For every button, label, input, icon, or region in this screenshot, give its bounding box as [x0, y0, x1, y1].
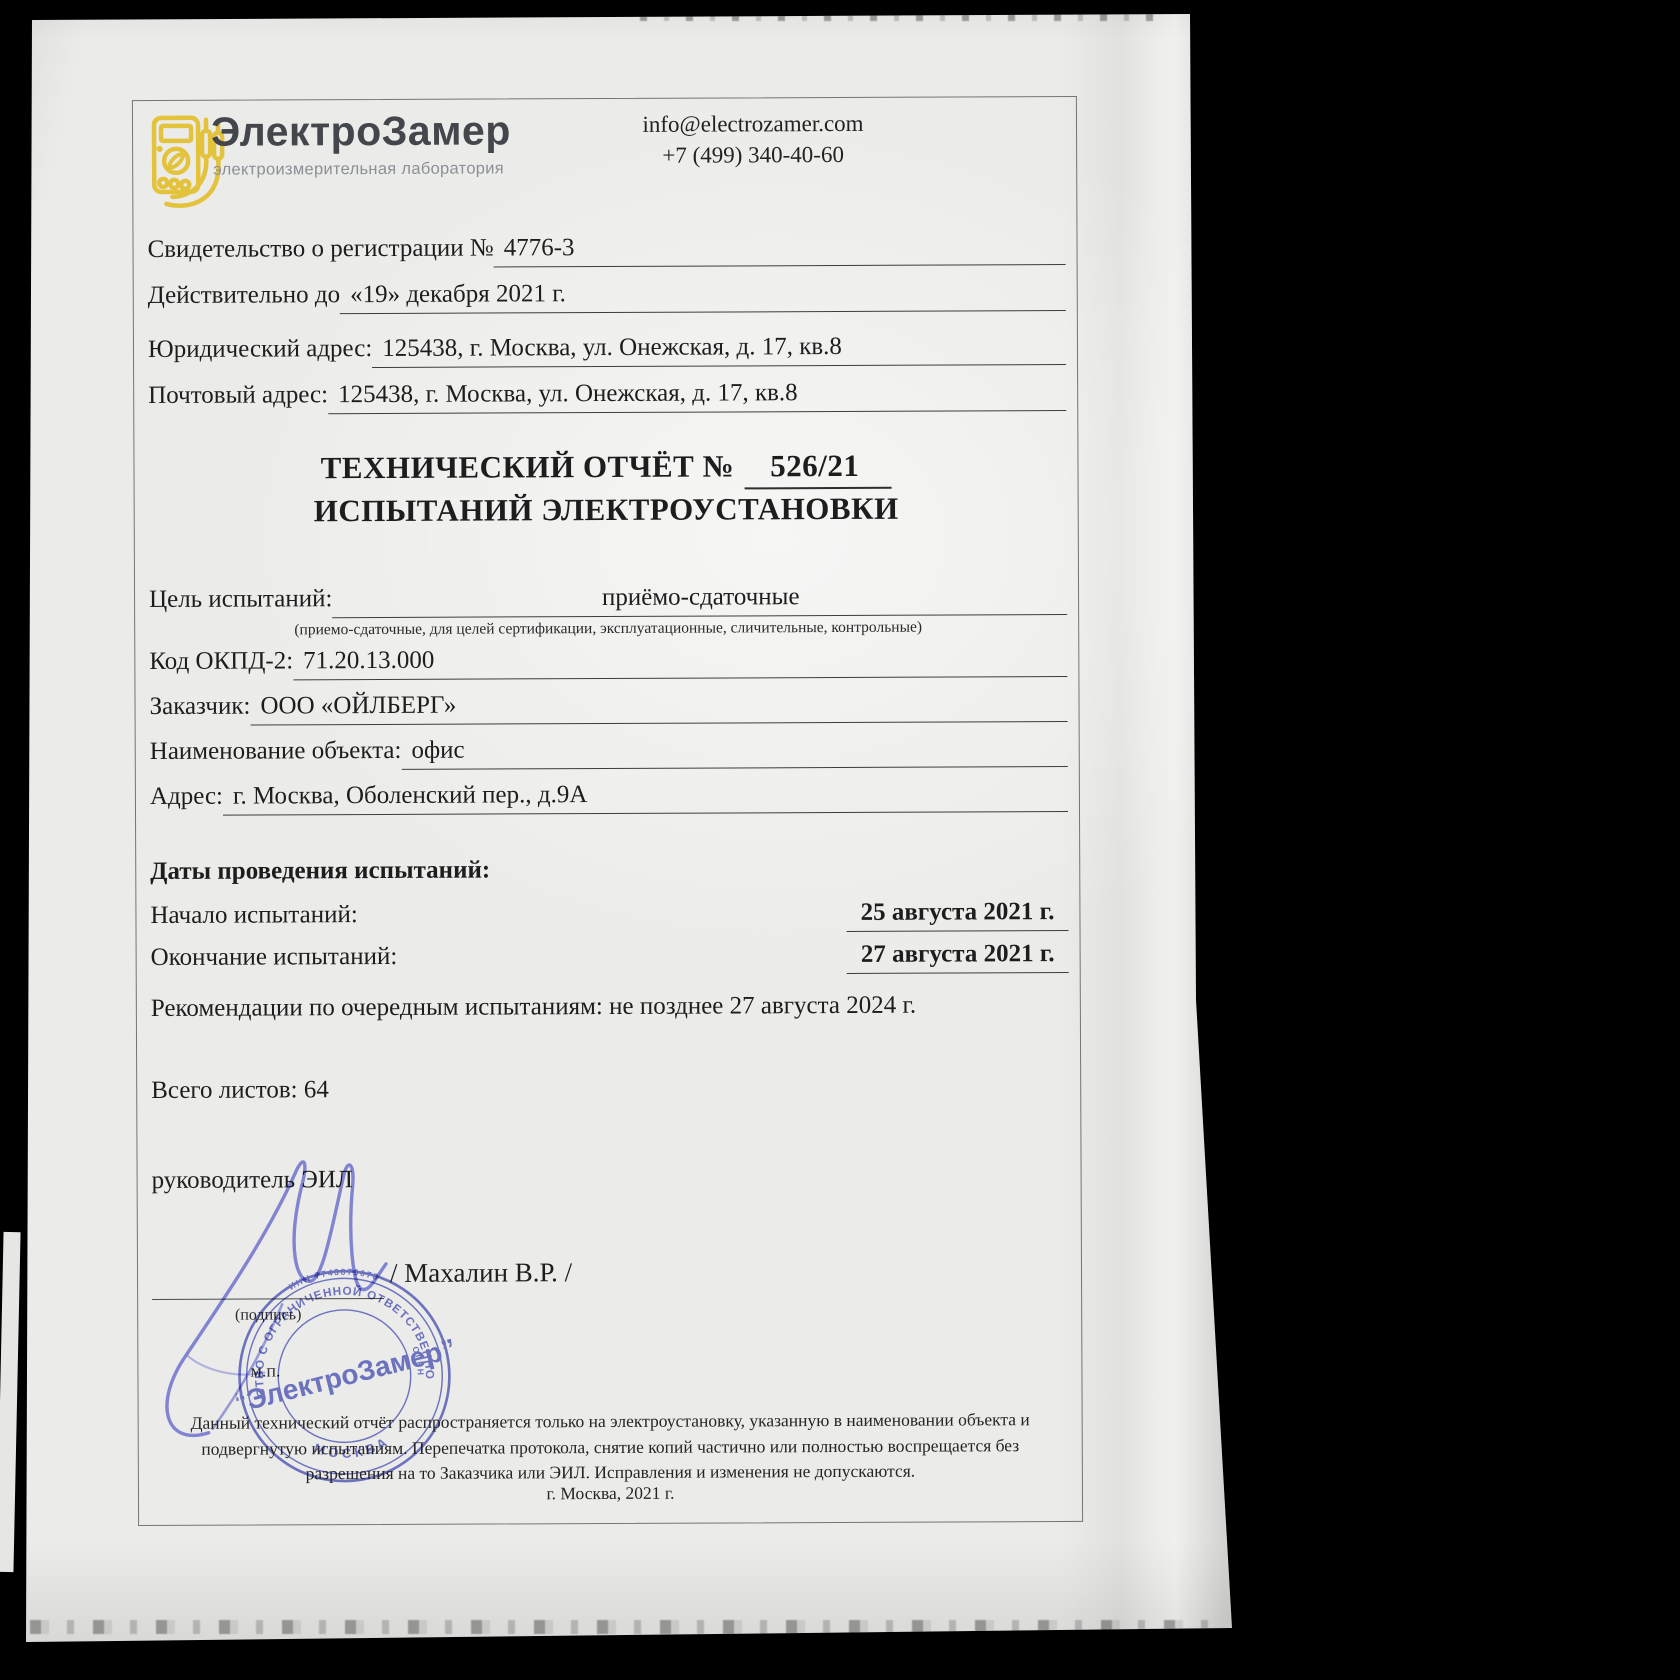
start-date-value: 25 августа 2021 г.	[847, 897, 1069, 932]
valid-until-value: «19» декабря 2021 г.	[340, 277, 1066, 314]
registration-value: 4776-3	[494, 231, 1066, 267]
registration-row: Свидетельство о регистрации № 4776-3	[147, 231, 1065, 269]
end-date-label: Окончание испытаний:	[151, 942, 398, 973]
registration-label: Свидетельство о регистрации №	[147, 233, 493, 265]
postal-address-value: 125438, г. Москва, ул. Онежская, д. 17, …	[328, 377, 1066, 414]
purpose-row: Цель испытаний: приёмо-сдаточные	[149, 581, 1067, 619]
customer-value: ООО «ОЙЛБЕРГ»	[250, 688, 1067, 726]
okpd-label: Код ОКПД-2:	[149, 646, 293, 677]
spacer	[397, 962, 847, 964]
object-address-label: Адрес:	[150, 782, 223, 812]
report-title: ТЕХНИЧЕСКИЙ ОТЧЁТ №526/21 ИСПЫТАНИЙ ЭЛЕК…	[134, 445, 1077, 532]
object-name-row: Наименование объекта: офис	[150, 733, 1068, 771]
footer-note: Данный технический отчёт распространяетс…	[161, 1407, 1060, 1487]
start-date-label: Начало испытаний:	[150, 900, 357, 931]
object-address-row: Адрес: г. Москва, Оболенский пер., д.9А	[150, 778, 1068, 816]
brand-subtitle: электроизмерительная лаборатория	[213, 159, 504, 179]
contact-email: info@electrozamer.com	[553, 107, 953, 140]
purpose-label: Цель испытаний:	[149, 584, 332, 615]
purpose-value: приёмо-сдаточные	[332, 581, 1067, 618]
okpd-row: Код ОКПД-2: 71.20.13.000	[149, 643, 1067, 681]
document-page: ЭлектроЗамер электроизмерительная лабора…	[0, 0, 1680, 1680]
recommendation-text: Рекомендации по очередным испытаниям: не…	[151, 992, 916, 1023]
total-sheets-text: Всего листов: 64	[151, 1076, 329, 1105]
object-address-value: г. Москва, Оболенский пер., д.9А	[223, 778, 1068, 816]
purpose-hint: (приемо-сдаточные, для целей сертификаци…	[149, 618, 1067, 640]
legal-address-value: 125438, г. Москва, ул. Онежская, д. 17, …	[372, 331, 1066, 368]
contact-block: info@electrozamer.com +7 (499) 340-40-60	[553, 107, 953, 171]
object-name-value: офис	[401, 733, 1067, 770]
contact-phone: +7 (499) 340-40-60	[553, 138, 953, 171]
end-date-row: Окончание испытаний: 27 августа 2021 г.	[151, 939, 1069, 977]
customer-row: Заказчик: ООО «ОЙЛБЕРГ»	[149, 688, 1067, 726]
torn-edge-top	[640, 12, 1160, 21]
valid-until-label: Действительно до	[148, 280, 340, 311]
report-title-line1: ТЕХНИЧЕСКИЙ ОТЧЁТ №526/21	[134, 445, 1077, 492]
footer-city-year: г. Москва, 2021 г.	[139, 1481, 1082, 1506]
report-number: 526/21	[744, 446, 891, 490]
object-name-label: Наименование объекта:	[150, 736, 402, 767]
content-frame: ЭлектроЗамер электроизмерительная лабора…	[132, 96, 1083, 1526]
end-date-value: 27 августа 2021 г.	[847, 939, 1069, 974]
postal-address-label: Почтовый адрес:	[148, 380, 328, 411]
report-title-line2: ИСПЫТАНИЙ ЭЛЕКТРОУСТАНОВКИ	[135, 488, 1078, 532]
spacer	[358, 920, 847, 922]
torn-edge-bottom	[30, 1620, 1220, 1634]
report-title-text: ТЕХНИЧЕСКИЙ ОТЧЁТ №	[321, 448, 735, 485]
valid-until-row: Действительно до «19» декабря 2021 г.	[148, 277, 1066, 315]
dates-heading: Даты проведения испытаний:	[150, 857, 490, 886]
start-date-row: Начало испытаний: 25 августа 2021 г.	[150, 897, 1068, 935]
legal-address-label: Юридический адрес:	[148, 334, 372, 365]
legal-address-row: Юридический адрес: 125438, г. Москва, ул…	[148, 331, 1066, 369]
okpd-value: 71.20.13.000	[293, 643, 1067, 680]
brand-name: ЭлектроЗамер	[211, 107, 511, 155]
underlying-page-sliver	[0, 1232, 21, 1572]
customer-label: Заказчик:	[149, 692, 250, 722]
postal-address-row: Почтовый адрес: 125438, г. Москва, ул. О…	[148, 377, 1066, 415]
